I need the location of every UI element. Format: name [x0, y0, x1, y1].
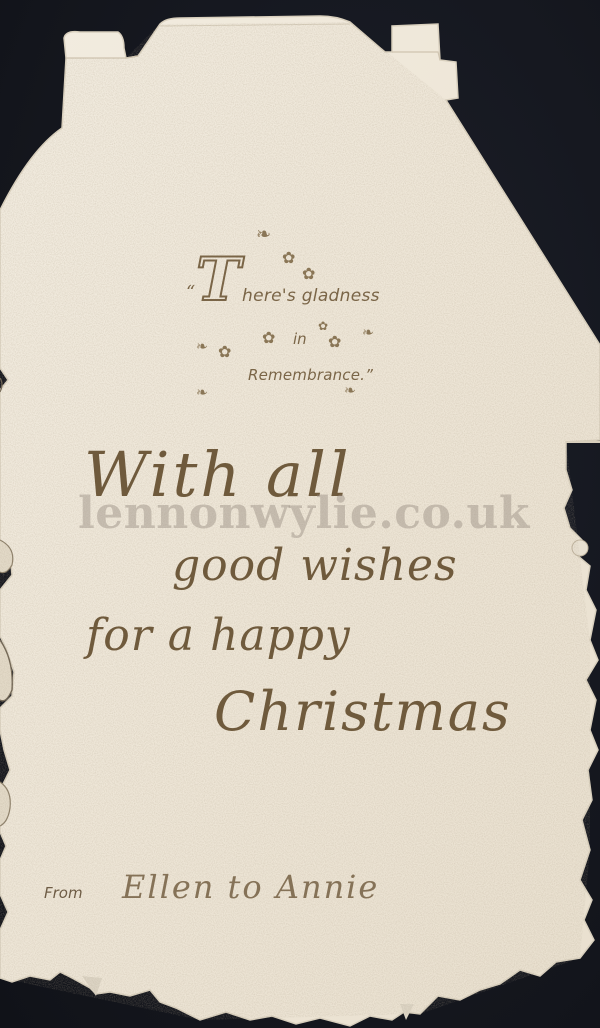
sprig-icon: ❧	[256, 226, 271, 244]
motto-open-quote: “	[186, 282, 195, 303]
flower-icon: ✿	[328, 334, 341, 350]
flower-icon: ✿	[318, 320, 328, 332]
flower-icon: ✿	[262, 330, 275, 346]
flower-icon: ✿	[218, 344, 231, 360]
motto-illuminated-capital: T	[196, 250, 241, 310]
from-label: From	[44, 884, 83, 902]
flower-icon: ✿	[282, 250, 295, 266]
card-photo-scene: ❧ ✿ ✿ ✿ ✿ ✿ ❧ ✿ ❧ ❧ ❧ “ T here's gladnes…	[0, 0, 600, 1028]
greeting-line-4: Christmas	[214, 680, 512, 743]
sprig-icon: ❧	[196, 340, 208, 354]
sprig-icon: ❧	[362, 326, 374, 340]
sprig-icon: ❧	[196, 386, 208, 400]
watermark: lennonwylie.co.uk	[78, 488, 530, 539]
handwritten-signature: Ellen to Annie	[122, 868, 379, 906]
greeting-line-2: good wishes	[172, 540, 458, 591]
motto-line-1: here's gladness	[242, 286, 380, 306]
motto-line-3: Remembrance.”	[248, 366, 373, 384]
greeting-line-3: for a happy	[86, 610, 351, 661]
motto-line-2: in	[293, 330, 307, 348]
sprig-icon: ❧	[344, 384, 356, 398]
flower-icon: ✿	[302, 266, 315, 282]
card-print: ❧ ✿ ✿ ✿ ✿ ✿ ❧ ✿ ❧ ❧ ❧ “ T here's gladnes…	[0, 0, 600, 1028]
